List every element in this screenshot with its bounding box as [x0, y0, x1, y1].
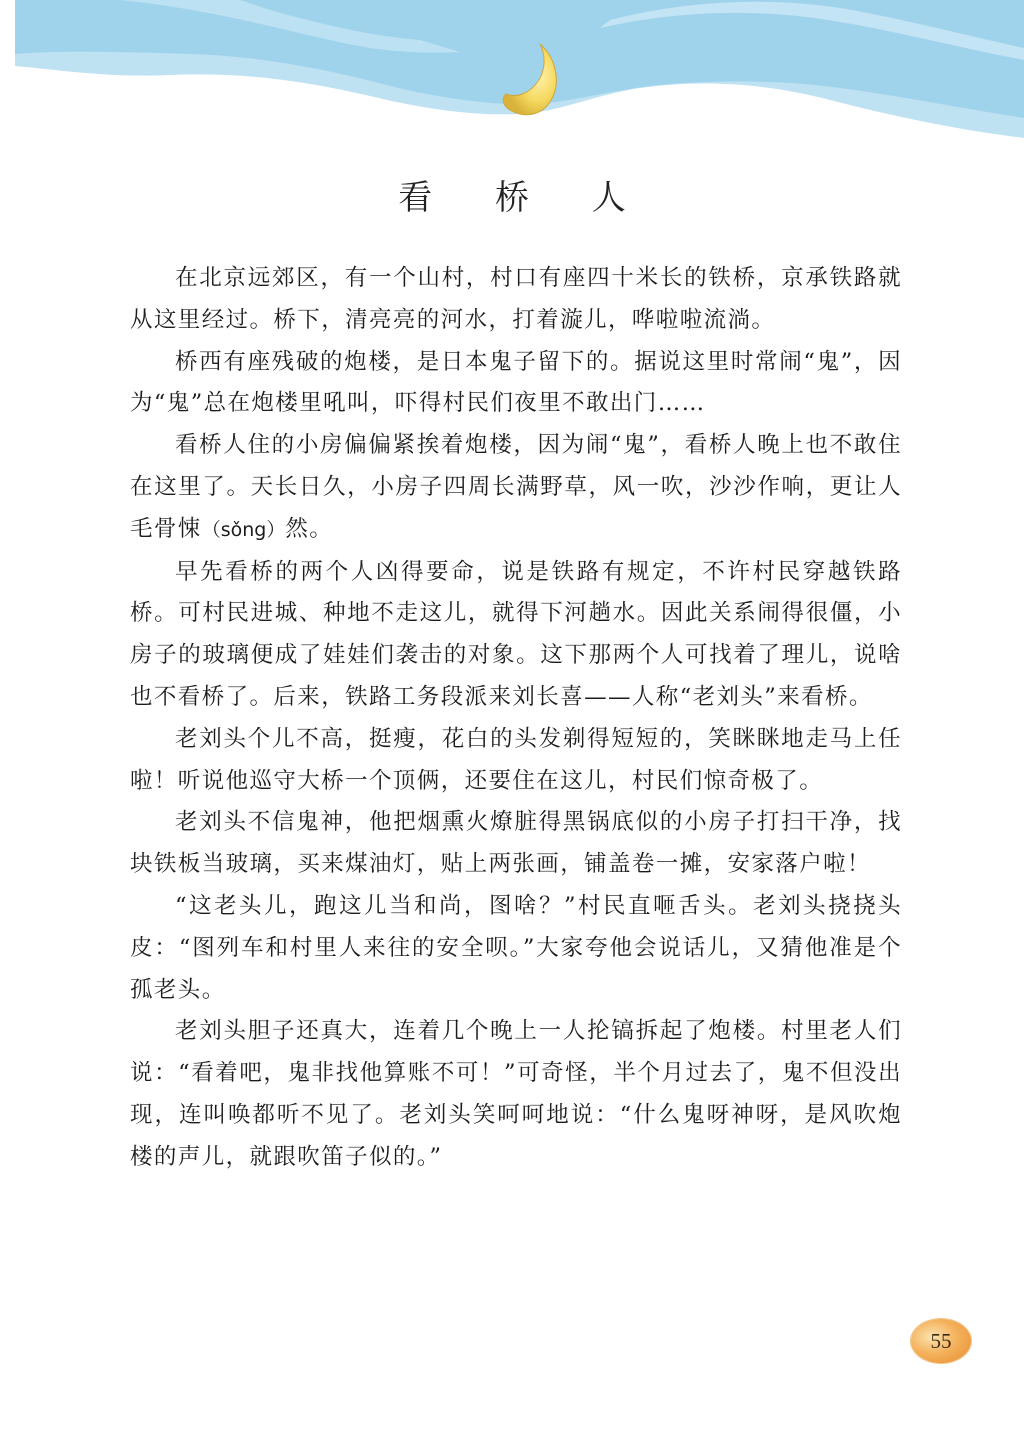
- paragraph: 桥西有座残破的炮楼，是日本鬼子留下的。据说这里时常闹“鬼”，因为“鬼”总在炮楼里…: [130, 342, 902, 426]
- paragraph: 看桥人住的小房偏偏紧挨着炮楼，因为闹“鬼”，看桥人晚上也不敢住在这里了。天长日久…: [130, 425, 902, 551]
- page-title: 看 桥 人: [0, 170, 1024, 219]
- paragraph: “这老头儿，跑这儿当和尚，图啥？”村民直咂舌头。老刘头挠挠头皮：“图列车和村里人…: [130, 886, 902, 1011]
- paragraph-text: 然。: [285, 516, 333, 542]
- page-number: 55: [931, 1329, 952, 1354]
- page-number-badge: 55: [911, 1319, 971, 1363]
- pinyin-annotation: （sǒng）: [202, 519, 286, 541]
- paragraph: 老刘头胆子还真大，连着几个晚上一人抡镐拆起了炮楼。村里老人们说：“看着吧，鬼非找…: [130, 1011, 902, 1178]
- crescent-moon-icon: [498, 40, 570, 120]
- paragraph: 老刘头个儿不高，挺瘦，花白的头发剃得短短的，笑眯眯地走马上任啦！听说他巡守大桥一…: [130, 719, 902, 803]
- paragraph: 在北京远郊区，有一个山村，村口有座四十米长的铁桥，京承铁路就从这里经过。桥下，清…: [130, 258, 902, 342]
- article-body: 在北京远郊区，有一个山村，村口有座四十米长的铁桥，京承铁路就从这里经过。桥下，清…: [130, 258, 902, 1179]
- paragraph: 老刘头不信鬼神，他把烟熏火燎脏得黑锅底似的小房子打扫干净，找块铁板当玻璃，买来煤…: [130, 802, 902, 886]
- header-banner: [0, 0, 1024, 150]
- paragraph: 早先看桥的两个人凶得要命，说是铁路有规定，不许村民穿越铁路桥。可村民进城、种地不…: [130, 552, 902, 719]
